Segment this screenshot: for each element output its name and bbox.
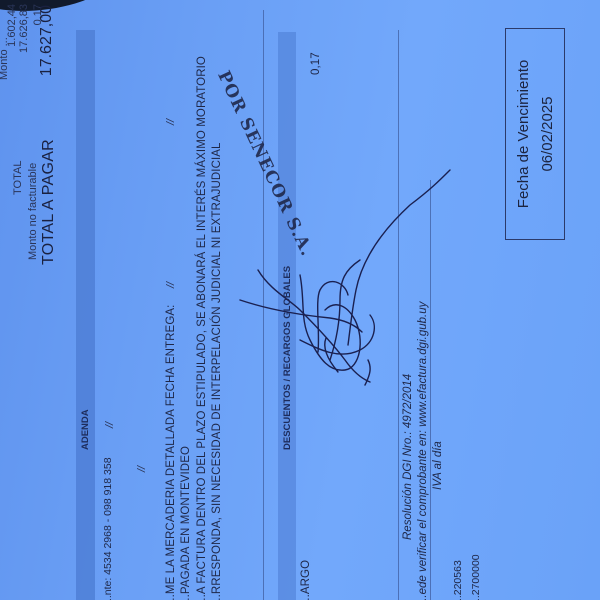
signature: [0, 0, 600, 600]
invoice-document: Monto ... 1.602,44 TOTAL 17.626,83 Monto…: [0, 0, 600, 600]
invoice-photo: Monto ... 1.602,44 TOTAL 17.626,83 Monto…: [0, 0, 600, 600]
